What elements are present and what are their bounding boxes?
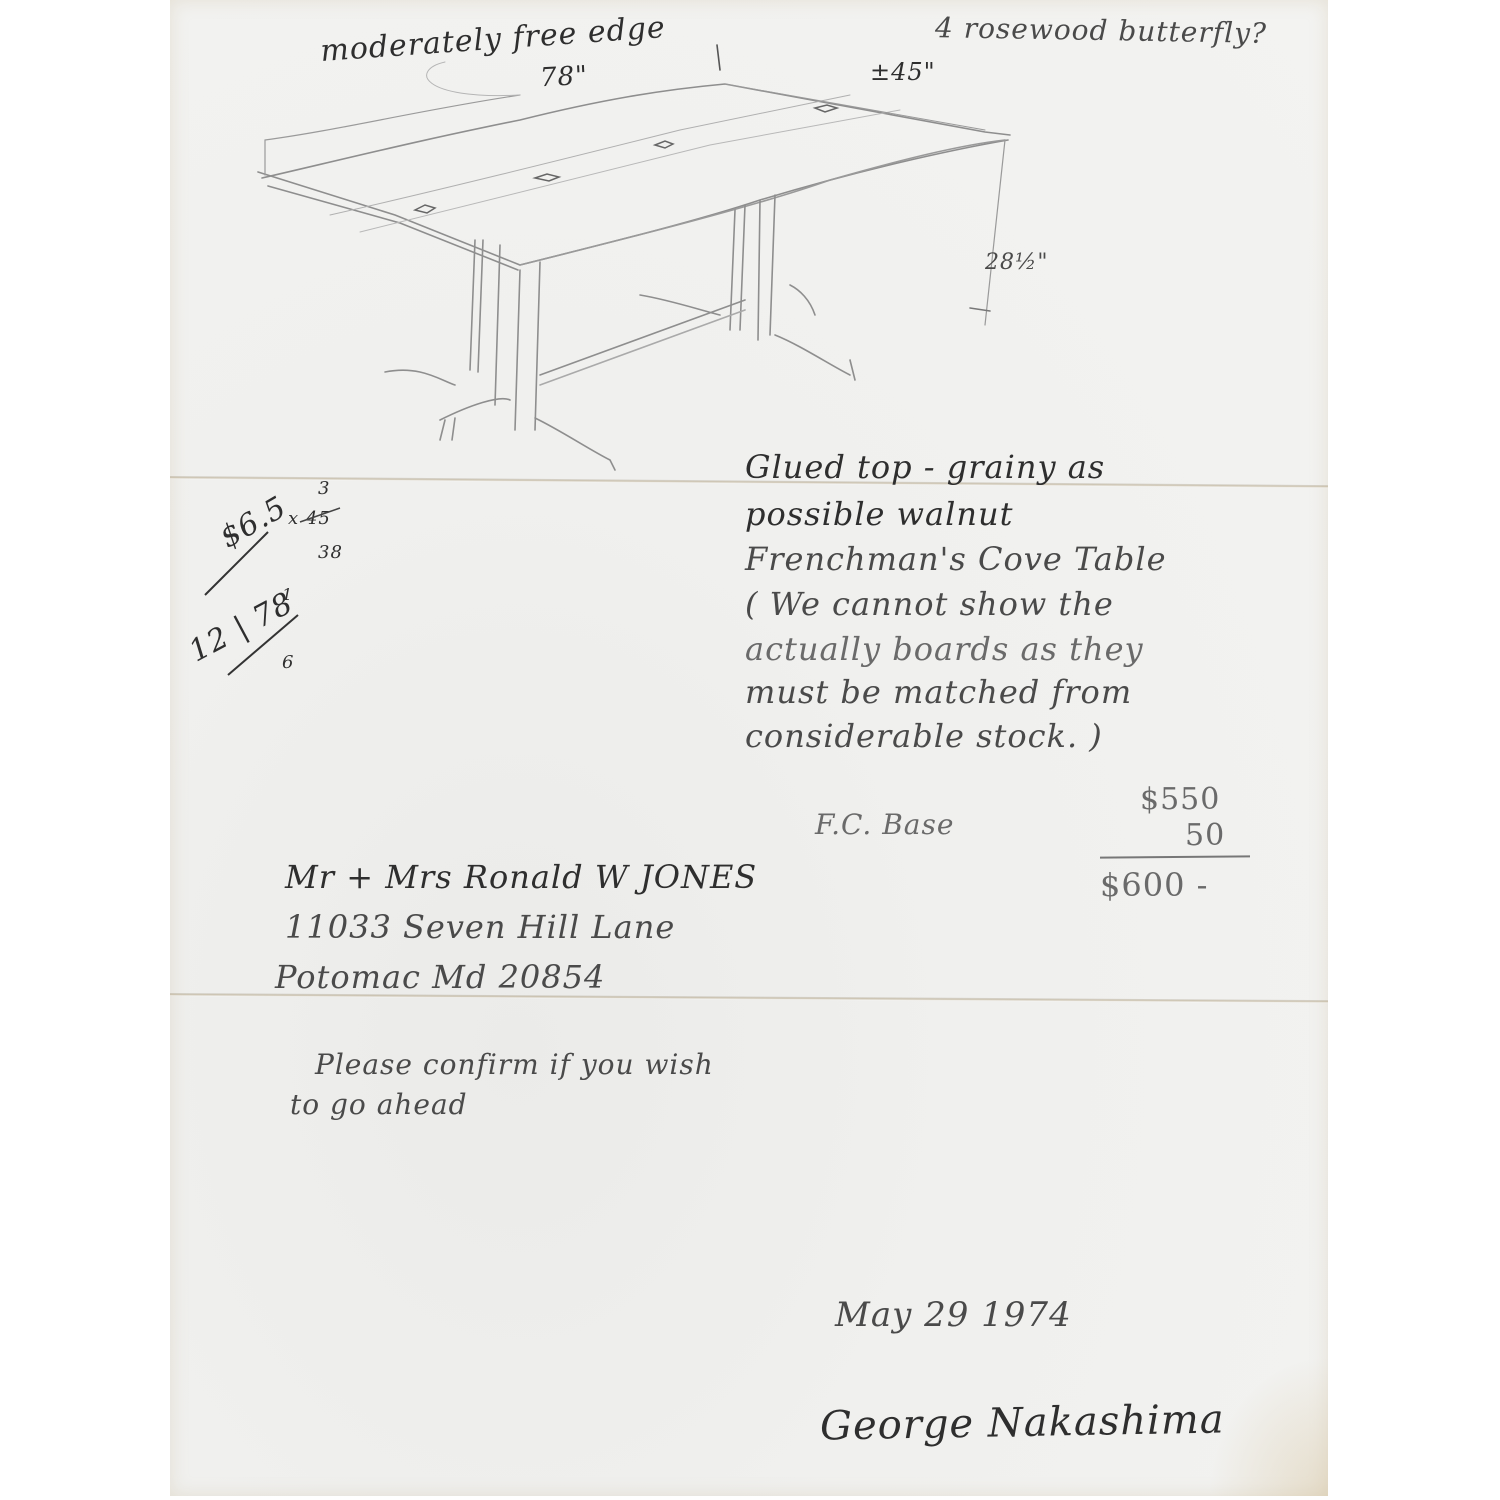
note-line: Please confirm if you wish [315,1048,714,1081]
price-extra: 50 [1185,818,1225,853]
price-base: $550 [1140,782,1220,817]
customer-city-state-zip: Potomac Md 20854 [275,958,605,996]
shipping-label: F.C. Base [815,808,954,841]
description-line: possible walnut [745,495,1013,533]
description-line: Frenchman's Cove Table [745,540,1167,578]
description-line: ( We cannot show the [745,585,1114,623]
description-line: must be matched from [745,673,1132,711]
description-line: actually boards as they [745,630,1144,668]
letter-date: May 29 1974 [835,1295,1072,1335]
description-line: Glued top - grainy as [745,448,1105,486]
price-total: $600 - [1100,866,1208,904]
customer-street: 11033 Seven Hill Lane [285,908,675,946]
note-line: to go ahead [290,1088,468,1121]
signature: George Nakashima [820,1396,1225,1449]
description-line: considerable stock. ) [745,717,1103,755]
customer-name: Mr + Mrs Ronald W JONES [285,858,757,896]
